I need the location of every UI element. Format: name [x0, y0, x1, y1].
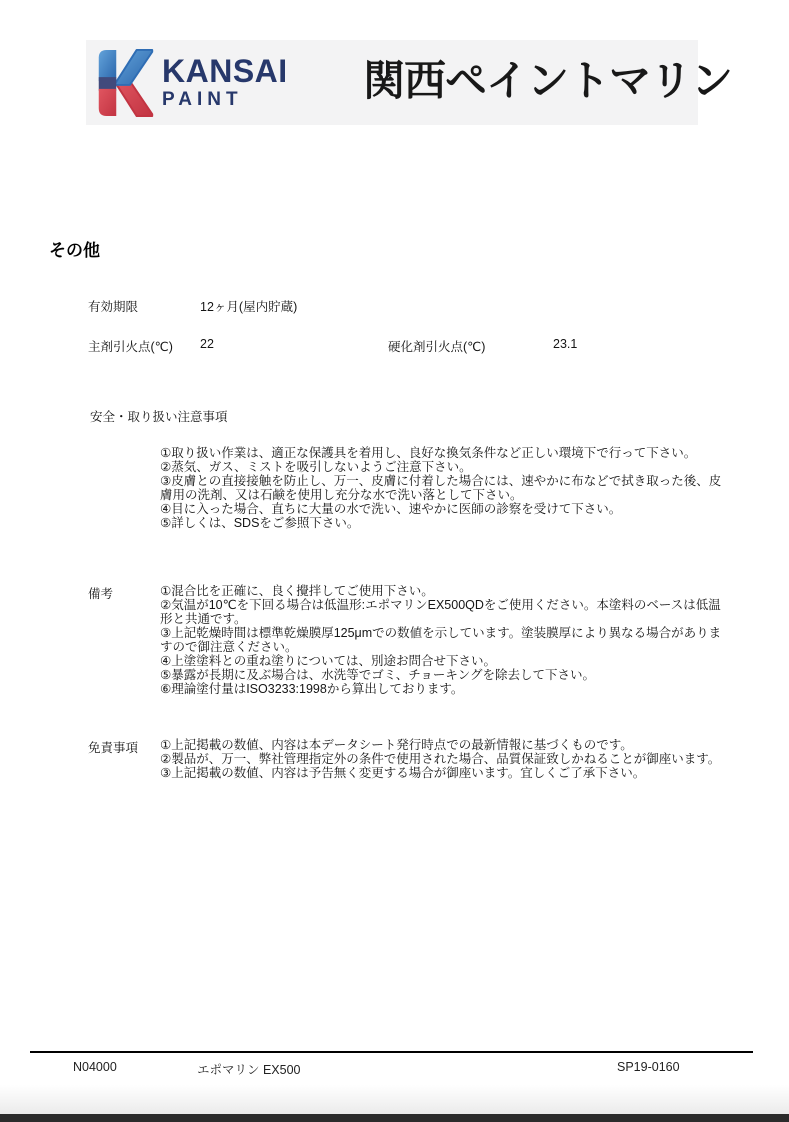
remarks-item: ③上記乾燥時間は標準乾燥膜厚125μmでの数値を示しています。塗装膜厚により異な… [160, 626, 732, 654]
page-title: その他 [49, 236, 100, 261]
kansai-paint-logo-icon [96, 48, 154, 123]
safety-item: ②蒸気、ガス、ミストを吸引しないようご注意下さい。 [160, 460, 732, 474]
brand-wordmark: KANSAI PAINT [162, 55, 288, 109]
page-bottom-bar [0, 1114, 789, 1122]
base-flash-point-label: 主剤引火点(℃) [88, 337, 173, 355]
safety-instructions-list: ①取り扱い作業は、適正な保護具を着用し、良好な換気条件など正しい環境下で行って下… [160, 446, 732, 530]
disclaimer-list: ①上記掲載の数値、内容は本データシート発行時点での最新情報に基づくものです。 ②… [160, 738, 740, 780]
safety-item: ④目に入った場合、直ちに大量の水で洗い、速やかに医師の診察を受けて下さい。 [160, 502, 732, 516]
remarks-list: ①混合比を正確に、良く攪拌してご使用下さい。 ②気温が10℃を下回る場合は低温形… [160, 584, 732, 696]
brand-kansai-text: KANSAI [162, 55, 288, 87]
footer-product-name: エポマリン EX500 [197, 1060, 301, 1078]
header-logo-band: KANSAI PAINT 関西ペイントマリン [86, 40, 698, 125]
datasheet-page: KANSAI PAINT 関西ペイントマリン その他 有効期限 12ヶ月(屋内貯… [0, 0, 789, 1122]
safety-item: ③皮膚との直接接触を防止し、万一、皮膚に付着した場合には、速やかに布などで拭き取… [160, 474, 732, 502]
remarks-section-label: 備考 [88, 584, 113, 602]
remarks-item: ①混合比を正確に、良く攪拌してご使用下さい。 [160, 584, 732, 598]
disclaimer-section-label: 免責事項 [88, 738, 138, 756]
remarks-item: ⑤暴露が長期に及ぶ場合は、水洗等でゴミ、チョーキングを除去して下さい。 [160, 668, 732, 682]
disclaimer-item: ③上記掲載の数値、内容は予告無く変更する場合が御座います。宜しくご了承下さい。 [160, 766, 740, 780]
brand-paint-text: PAINT [162, 90, 288, 109]
company-name: 関西ペイントマリン [363, 54, 732, 109]
hardener-flash-point-value: 23.1 [553, 337, 577, 351]
validity-value: 12ヶ月(屋内貯蔵) [200, 297, 297, 315]
footer-product-code: N04000 [73, 1060, 117, 1074]
remarks-item: ⑥理論塗付量はISO3233:1998から算出しております。 [160, 682, 732, 696]
hardener-flash-point-label: 硬化剤引火点(℃) [388, 337, 485, 355]
safety-item: ⑤詳しくは、SDSをご参照下さい。 [160, 516, 732, 530]
disclaimer-item: ①上記掲載の数値、内容は本データシート発行時点での最新情報に基づくものです。 [160, 738, 740, 752]
page-bottom-fade [0, 1085, 789, 1114]
safety-section-heading: 安全・取り扱い注意事項 [90, 407, 228, 425]
remarks-item: ②気温が10℃を下回る場合は低温形:エポマリンEX500QDをご使用ください。本… [160, 598, 732, 626]
validity-label: 有効期限 [88, 297, 138, 315]
base-flash-point-value: 22 [200, 337, 214, 351]
footer-divider [30, 1051, 753, 1053]
safety-item: ①取り扱い作業は、適正な保護具を着用し、良好な換気条件など正しい環境下で行って下… [160, 446, 732, 460]
remarks-item: ④上塗塗料との重ね塗りについては、別途お問合せ下さい。 [160, 654, 732, 668]
footer-doc-number: SP19-0160 [617, 1060, 680, 1074]
disclaimer-item: ②製品が、万一、弊社管理指定外の条件で使用された場合、品質保証致しかねることが御… [160, 752, 740, 766]
